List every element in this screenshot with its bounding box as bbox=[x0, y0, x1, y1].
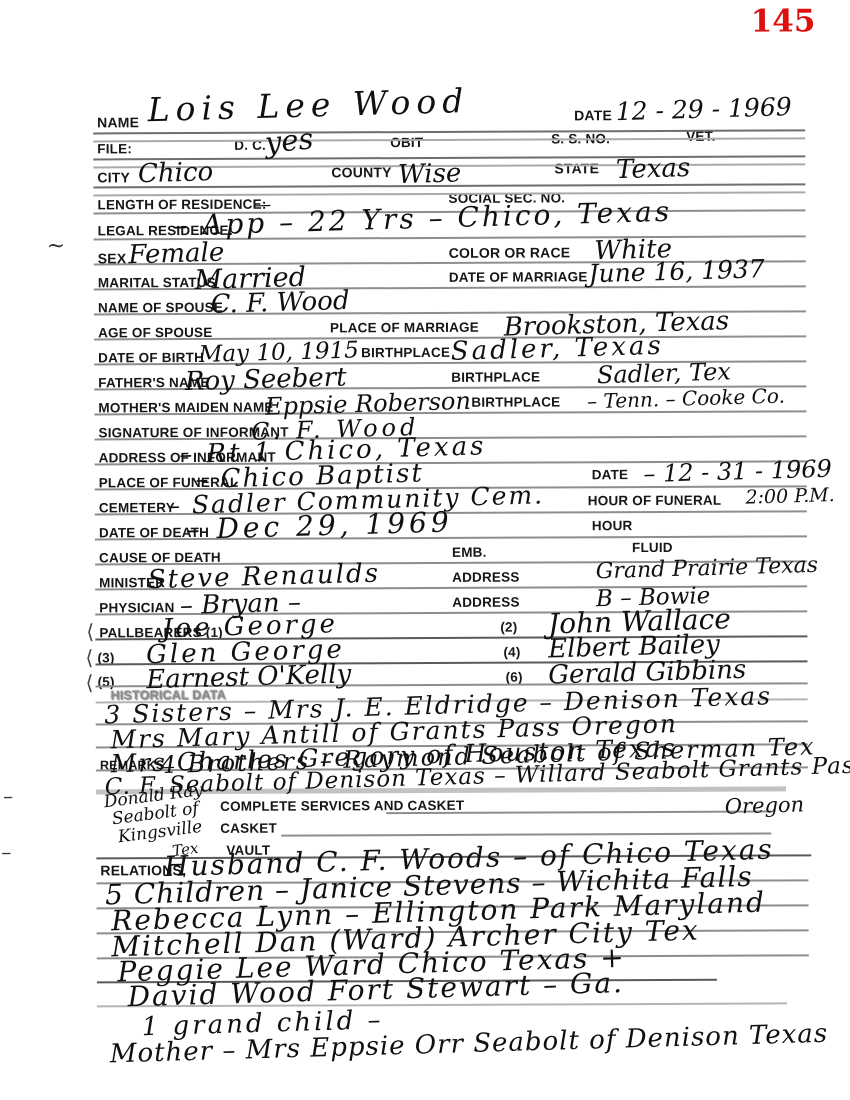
county-value: Wise bbox=[398, 160, 462, 188]
remarks-line-3: Oregon bbox=[725, 794, 805, 817]
minister-address-value: Grand Prairie Texas bbox=[596, 555, 819, 583]
emb-label: EMB. bbox=[452, 546, 487, 560]
birthplace-label: BIRTHPLACE bbox=[361, 346, 450, 360]
stray-mark: ⟨ bbox=[85, 645, 93, 669]
mother-birthplace-label: BIRTHPLACE bbox=[471, 395, 560, 409]
date-label: DATE bbox=[574, 108, 612, 122]
hour-label: HOUR bbox=[592, 519, 633, 533]
date-of-death-value: – Dec 29, 1969 bbox=[185, 508, 453, 544]
city-label: CITY bbox=[97, 170, 130, 184]
scanned-funeral-record: 145 NAME DATE FILE: D. C. OBIT S. S. NO.… bbox=[0, 0, 850, 1100]
funeral-date-label: DATE bbox=[592, 468, 629, 482]
state-value: Texas bbox=[616, 155, 691, 183]
father-birthplace-value: Sadler, Tex bbox=[597, 359, 732, 387]
pallbearers-4-label: (4) bbox=[503, 646, 520, 660]
date-of-marriage-value: June 16, 1937 bbox=[588, 256, 765, 286]
dc-value: yes bbox=[264, 124, 315, 157]
physician-address-label: ADDRESS bbox=[452, 596, 519, 610]
name-label: NAME bbox=[97, 115, 139, 129]
minister-address-label: ADDRESS bbox=[452, 571, 519, 585]
casket-label: CASKET bbox=[220, 822, 277, 836]
stray-mark: ~ bbox=[47, 234, 66, 259]
stray-mark: – bbox=[1, 840, 11, 864]
stray-mark: ⟨ bbox=[86, 619, 94, 643]
place-of-marriage-label: PLACE OF MARRIAGE bbox=[330, 321, 479, 335]
pallbearer-5-value: Earnest O'Kelly bbox=[146, 661, 352, 693]
page-number: 145 bbox=[751, 6, 816, 37]
father-birthplace-label: BIRTHPLACE bbox=[451, 370, 540, 384]
date-of-marriage-label: DATE OF MARRIAGE bbox=[449, 270, 588, 284]
date-value: 12 - 29 - 1969 bbox=[615, 94, 792, 124]
race-label: COLOR OR RACE bbox=[449, 245, 571, 260]
stray-mark: ⟨ bbox=[86, 670, 94, 694]
city-value: Chico bbox=[138, 159, 214, 187]
name-value: Lois Lee Wood bbox=[147, 84, 470, 126]
rule-line bbox=[386, 810, 771, 814]
pallbearers-2-label: (2) bbox=[500, 621, 517, 635]
funeral-date-value: – 12 - 31 - 1969 bbox=[643, 457, 832, 486]
name-of-spouse-value: C. F. Wood bbox=[210, 288, 350, 318]
stray-mark: – bbox=[3, 784, 13, 808]
fluid-label: FLUID bbox=[632, 541, 673, 555]
file-label: FILE: bbox=[97, 142, 132, 156]
hour-of-funeral-value: 2:00 P.M. bbox=[745, 486, 835, 508]
hour-of-funeral-label: HOUR OF FUNERAL bbox=[588, 494, 722, 508]
mother-birthplace-value: – Tenn. – Cooke Co. bbox=[587, 386, 785, 412]
pallbearers-6-label: (6) bbox=[506, 671, 523, 685]
